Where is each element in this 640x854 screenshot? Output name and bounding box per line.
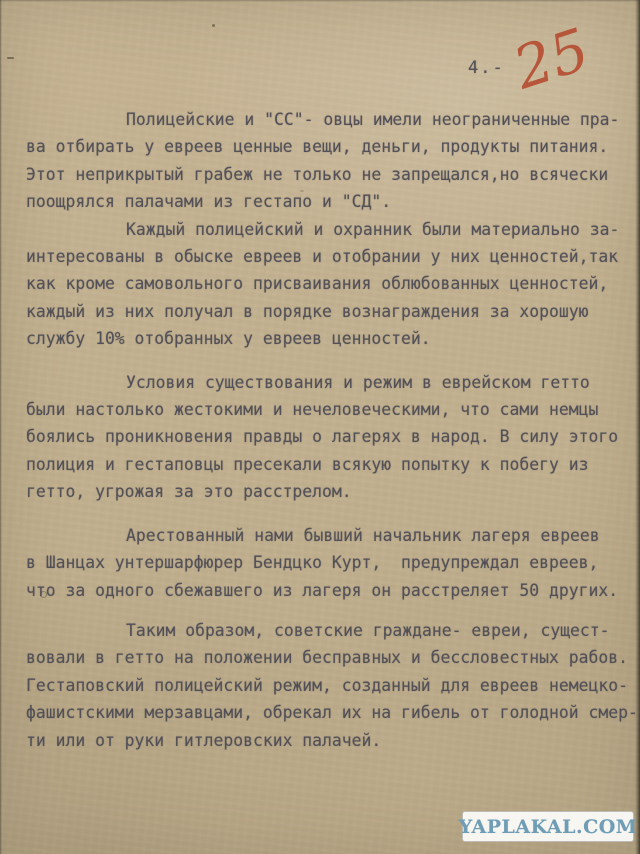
handwritten-number-text: 25 <box>505 18 597 103</box>
text-line: вовали в гетто на положении бесправных и… <box>26 644 632 671</box>
text-line: фашистскими мерзавцами, обрекал их на ги… <box>26 699 632 726</box>
text-line: интересованы в обыске евреев и отобрании… <box>26 243 632 270</box>
text-line: Условия существования и режим в еврейско… <box>26 369 632 396</box>
paper-speck <box>7 57 14 59</box>
document-body: Полицейские и "СС"- овцы имели неогранич… <box>26 106 632 754</box>
scan-edge-top <box>0 0 640 2</box>
text-line: каждый из них получал в порядке вознагра… <box>26 298 632 325</box>
text-line: как кроме самовольного присваивания облю… <box>26 270 632 297</box>
text-line: Этот неприкрытый грабеж не только не зап… <box>26 161 632 188</box>
watermark-badge: YAPLAKAL.COM <box>462 811 634 842</box>
text-line: что за одного сбежавшего из лагеря он ра… <box>26 577 632 604</box>
text-line: Гестаповский полицейский режим, созданны… <box>26 672 632 699</box>
text-line: ва отбирать у евреев ценные вещи, деньги… <box>26 133 632 160</box>
handwritten-page-number: 25 <box>498 18 598 110</box>
text-line: гетто, угрожая за это расстрелом. <box>26 478 632 505</box>
text-line: были настолько жестокими и нечеловечески… <box>26 396 632 423</box>
text-line: поощрялся палачами из гестапо и "СД". <box>26 188 632 215</box>
paper-speck <box>212 24 215 27</box>
document-page: 4.- 25 Полицейские и "СС"- овцы имели не… <box>0 0 640 854</box>
text-line: Таким образом, советские граждане- евреи… <box>26 617 632 644</box>
text-line: в Шанцах унтершарфюрер Бендцко Курт, пре… <box>26 549 632 576</box>
text-line: Полицейские и "СС"- овцы имели неогранич… <box>26 106 632 133</box>
scan-edge-left <box>0 0 2 854</box>
text-line: Каждый полицейский и охранник были матер… <box>26 216 632 243</box>
watermark-text: YAPLAKAL.COM <box>459 816 638 838</box>
text-line: Арестованный нами бывший начальник лагер… <box>26 522 632 549</box>
text-line: ти или от руки гитлеровских палачей. <box>26 727 632 754</box>
text-line: боялись проникновения правды о лагерях в… <box>26 423 632 450</box>
text-line: полиция и гестаповцы пресекали всякую по… <box>26 451 632 478</box>
scan-edge-right <box>635 0 640 854</box>
text-line: службу 10% отобранных у евреев ценностей… <box>26 325 632 352</box>
